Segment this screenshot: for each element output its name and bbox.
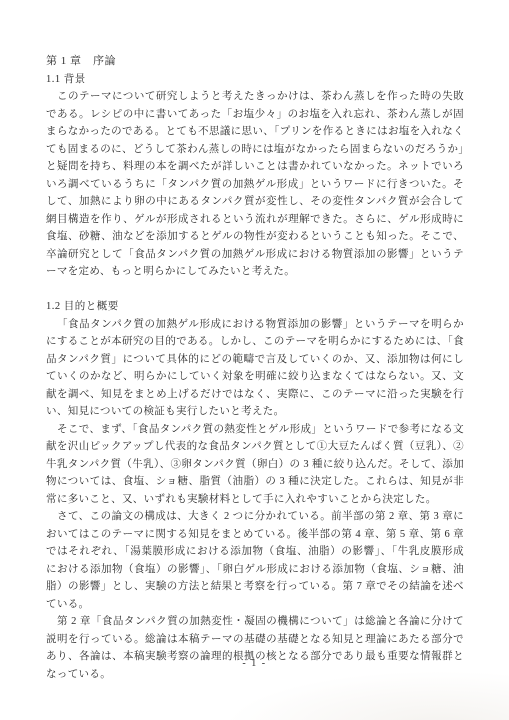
section-heading-purpose: 1.2 目的と概要: [46, 298, 464, 316]
paragraph-background: このテーマについて研究しようと考えたきっかけは、茶わん蒸しを作った時の失敗である…: [46, 88, 464, 281]
section-heading-background: 1.1 背景: [46, 71, 464, 89]
paragraph-purpose-4: 第 2 章「食品タンパク質の加熱変性・凝固の機構について」は総論と各論に分けて説…: [46, 613, 464, 683]
document-page: 第 1 章 序論 1.1 背景 このテーマについて研究しようと考えたきっかけは、…: [0, 0, 509, 720]
paragraph-purpose-3: さて、この論文の構成は、大きく 2 つに分かれている。前半部の第 2 章、第 3…: [46, 508, 464, 613]
chapter-heading: 第 1 章 序論: [46, 53, 464, 71]
page-number: - 1 -: [0, 658, 509, 669]
text-block: 第 1 章 序論 1.1 背景 このテーマについて研究しようと考えたきっかけは、…: [46, 53, 464, 683]
paragraph-purpose-1: 「食品タンパク質の加熱ゲル形成における物質添加の影響」というテーマを明らかにする…: [46, 316, 464, 421]
paragraph-purpose-2: そこで、まず、「食品タンパク質の熱変性とゲル形成」というワードで参考になる文献を…: [46, 421, 464, 509]
